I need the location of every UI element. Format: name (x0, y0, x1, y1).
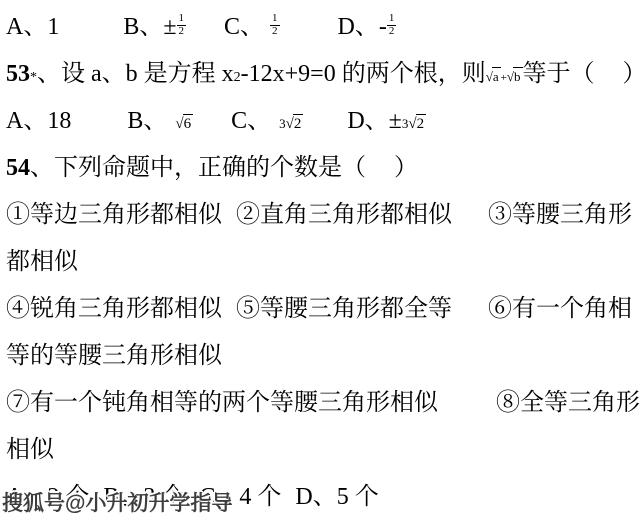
fraction: 12 (387, 13, 397, 37)
text-run: D、± (347, 108, 402, 134)
text-run: C、 (224, 14, 264, 40)
text-run: D、5 个 (295, 484, 378, 510)
radicand: 2 (416, 114, 427, 132)
text-run: ②直角三角形都相似 (236, 202, 452, 228)
text-run: C、 (231, 108, 271, 134)
text-run: B、± (123, 14, 176, 40)
text-run: D、- (338, 14, 387, 40)
text-run: ⑧全等三角形 (496, 390, 640, 416)
text-run: ） (623, 61, 640, 87)
superscript: 2 (234, 70, 241, 85)
radicand: a (492, 67, 501, 84)
spacer (186, 33, 224, 34)
spacer (59, 33, 123, 34)
fraction-denominator: 2 (270, 26, 280, 38)
radical-expression: √b (507, 70, 523, 83)
q54-items-line-2: 都相似 (6, 239, 640, 286)
radicand: 6 (183, 114, 194, 132)
q54-items-line-6: 相似 (6, 427, 640, 474)
spacer (366, 174, 394, 175)
spacer (438, 409, 496, 410)
spacer (452, 315, 488, 316)
text-run: A、18 (6, 108, 71, 134)
q53-options-line: A、18B、√6C、3√2D、±3√2 (6, 98, 640, 145)
q53-stem-line: 53*、设 a、b 是方程 x2-12x+9=0 的两个根，则√a+√b等于（） (6, 51, 640, 98)
worksheet-page: A、1B、±12C、12D、-1253*、设 a、b 是方程 x2-12x+9=… (6, 4, 640, 521)
q52-options-line: A、1B、±12C、12D、-12 (6, 4, 640, 51)
spacer (222, 221, 236, 222)
text-run: ③等腰三角形 (488, 202, 632, 228)
text-run: 、设 a、b 是方程 x (37, 61, 234, 87)
radical-expression: √2 (286, 117, 304, 132)
q54-items-line-5: ⑦有一个钝角相等的两个等腰三角形相似⑧全等三角形 (6, 380, 640, 427)
fraction-denominator: 2 (387, 26, 397, 38)
text-run: 、下列命题中，正确的个数是（ (30, 155, 366, 181)
spacer (452, 221, 488, 222)
radical-expression: √a (486, 70, 501, 83)
fraction-denominator: 2 (177, 26, 187, 38)
spacer (271, 127, 279, 128)
text-run: ⑤等腰三角形都全等 (236, 296, 452, 322)
spacer (303, 127, 347, 128)
spacer (280, 33, 338, 34)
text-run: 等于（ (523, 61, 595, 87)
text-run: 等的等腰三角形相似 (6, 343, 222, 369)
text-run: A、1 (6, 14, 59, 40)
radicand: 2 (293, 114, 304, 132)
text-run: 相似 (6, 437, 54, 463)
spacer (222, 315, 236, 316)
spacer (167, 127, 175, 128)
q54-items-line-1: ①等边三角形都相似②直角三角形都相似③等腰三角形 (6, 192, 640, 239)
spacer (281, 503, 295, 504)
text-run: -12x+9=0 的两个根，则 (241, 61, 486, 87)
superscript: * (30, 70, 37, 85)
text-run: 53 (6, 61, 30, 87)
q54-stem-line: 54、下列命题中，正确的个数是（） (6, 145, 640, 192)
spacer (71, 127, 127, 128)
text-run: ） (394, 155, 418, 181)
q54-items-line-3: ④锐角三角形都相似⑤等腰三角形都全等⑥有一个角相 (6, 286, 640, 333)
q54-items-line-4: 等的等腰三角形相似 (6, 333, 640, 380)
radicand: b (513, 67, 523, 84)
text-run: 都相似 (6, 249, 78, 275)
radical-expression: √6 (175, 117, 193, 132)
spacer (193, 127, 231, 128)
watermark-souhu-badge: 搜狐号@小升初升学指导 (2, 487, 232, 517)
text-run: ④锐角三角形都相似 (6, 296, 222, 322)
text-run: 54 (6, 155, 30, 181)
fraction: 12 (177, 13, 187, 37)
text-run: ⑥有一个角相 (488, 296, 632, 322)
text-run: ⑦有一个钝角相等的两个等腰三角形相似 (6, 390, 438, 416)
text-run: ①等边三角形都相似 (6, 202, 222, 228)
radical-expression: √2 (408, 117, 426, 132)
text-run: B、 (127, 108, 167, 134)
fraction: 12 (270, 13, 280, 37)
spacer (595, 80, 623, 81)
